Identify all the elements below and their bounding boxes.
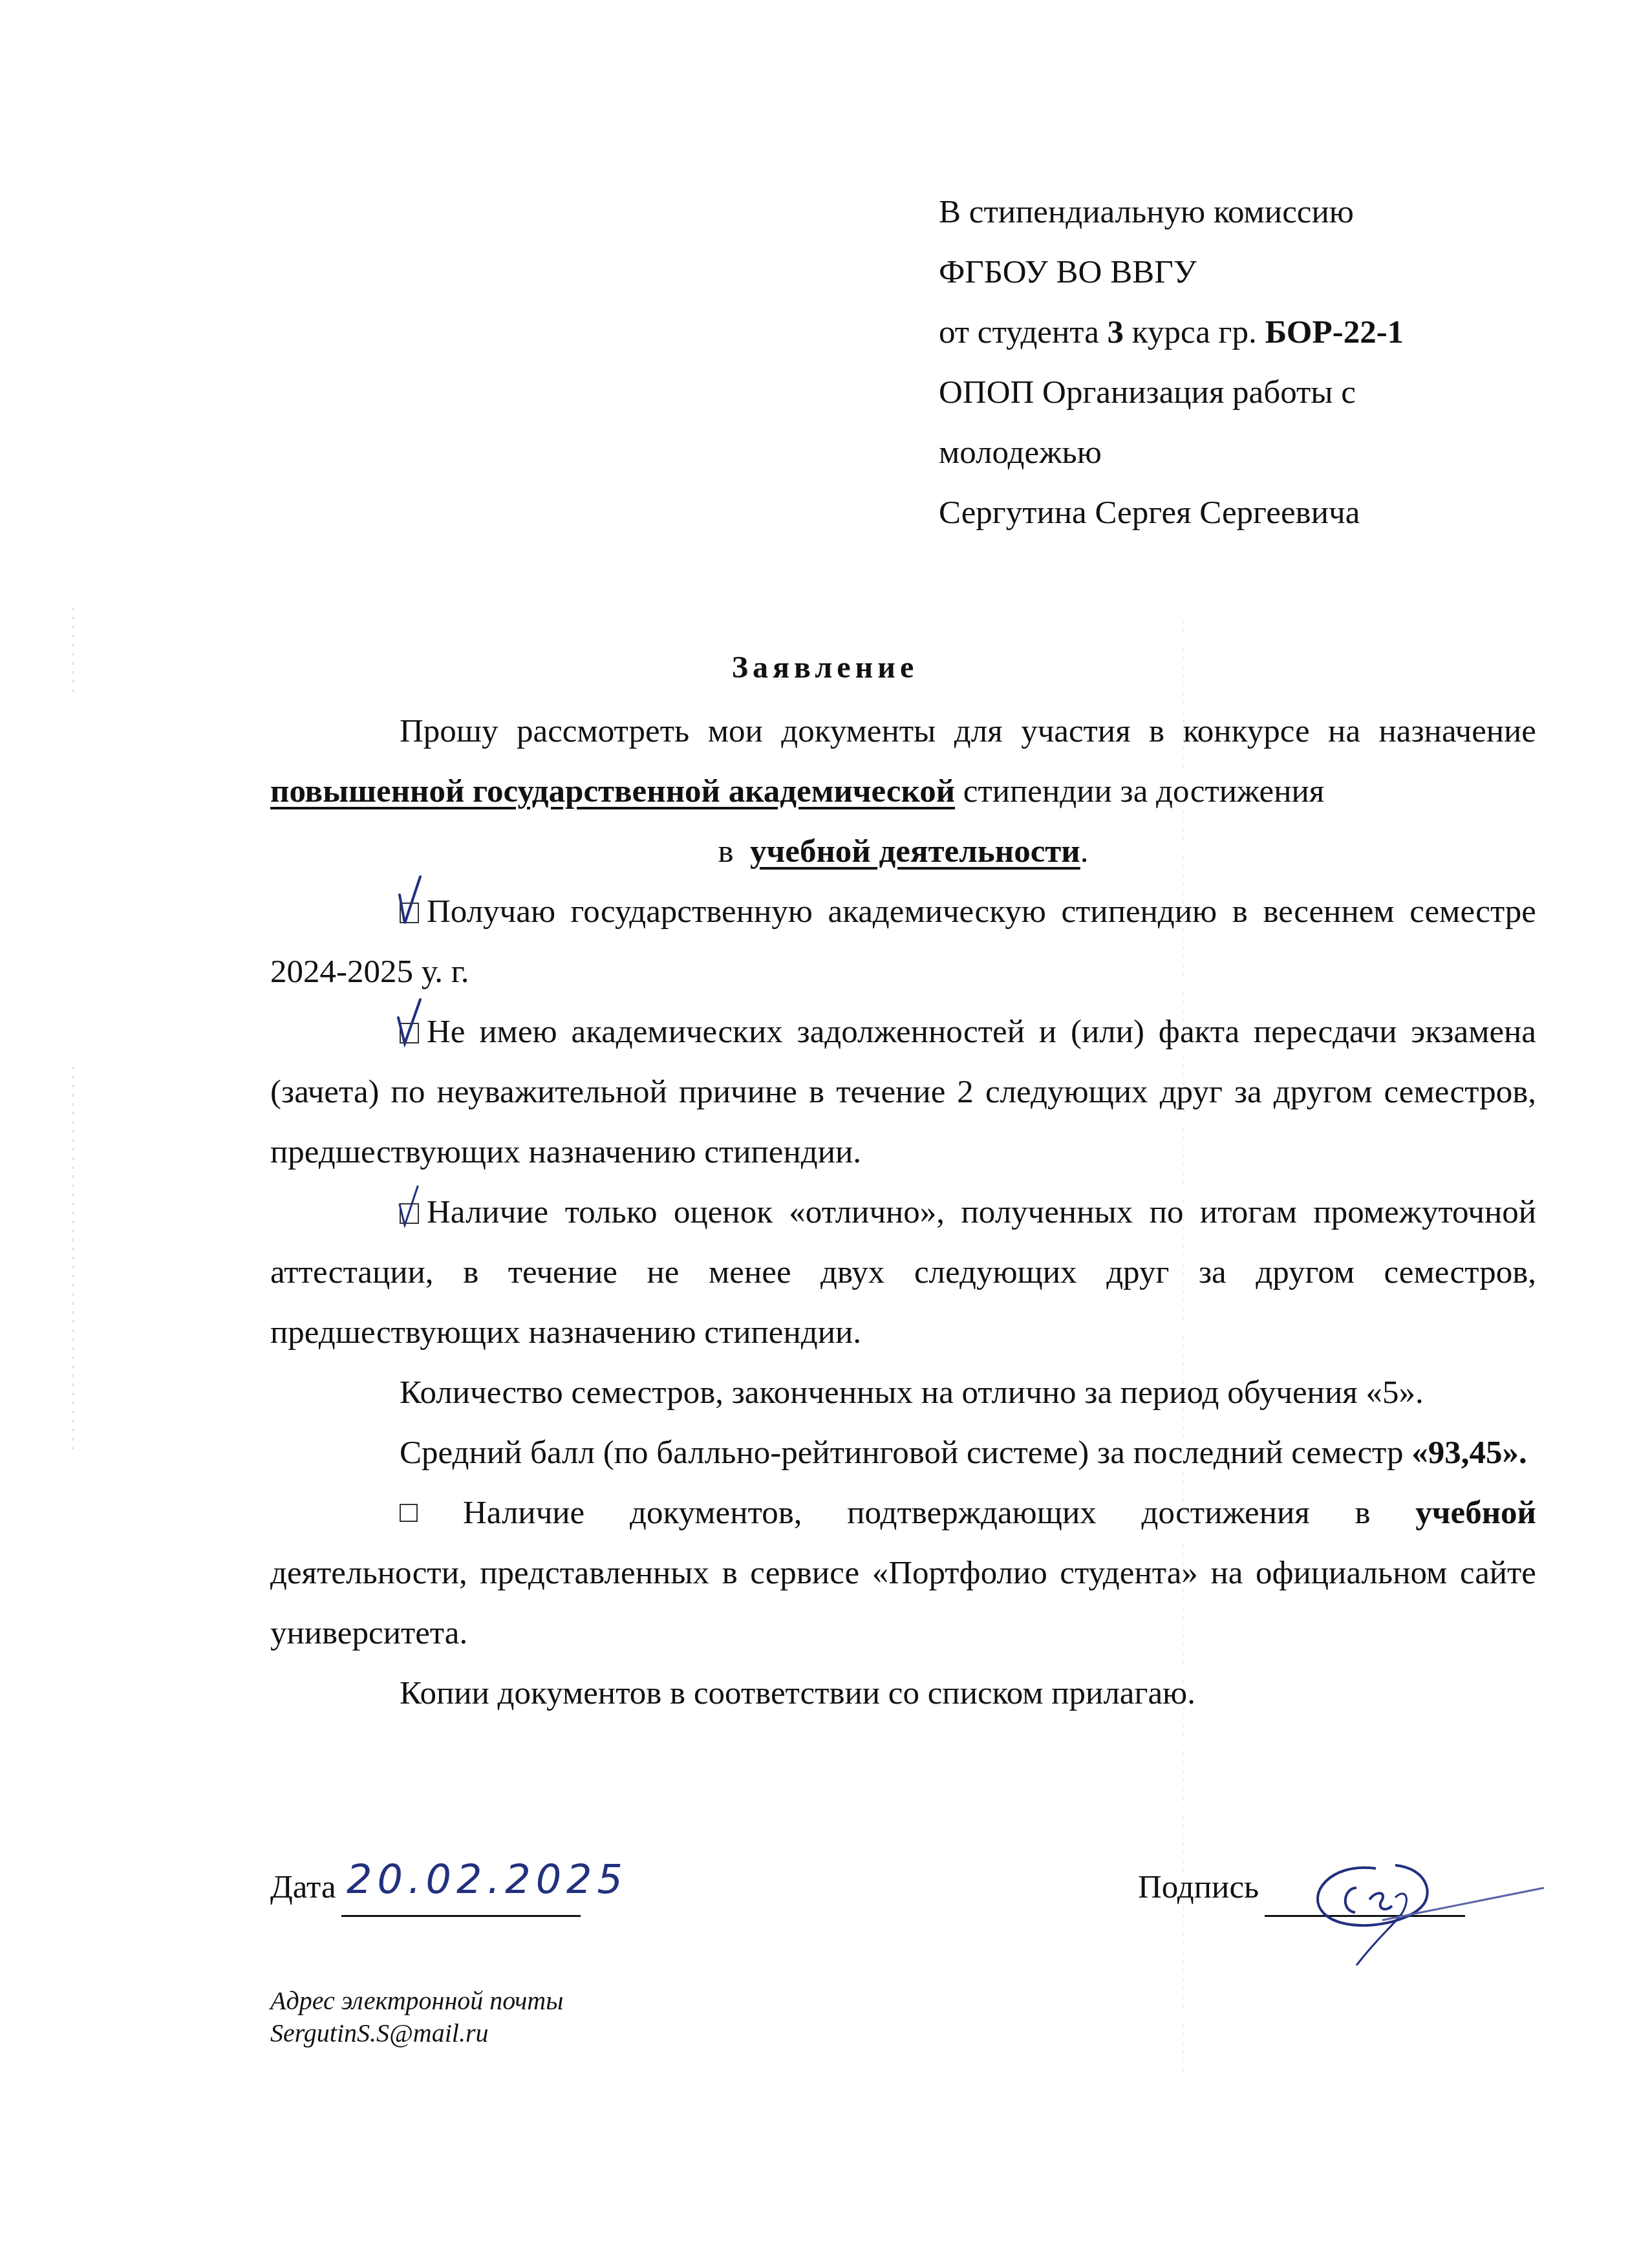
program-line: ОПОП Организация работы с [939, 363, 1585, 423]
scholarship-type: повышенной государственной академической [270, 773, 955, 809]
check-mark-icon [396, 996, 424, 1047]
checkbox-checked[interactable] [400, 903, 419, 923]
attachments-note: Копии документов в соответствии со списк… [270, 1664, 1536, 1724]
signature-label: Подпись [1138, 1868, 1259, 1906]
student-name: Сергутина Сергея Сергеевича [939, 483, 1585, 543]
group-code: БОР-22-1 [1265, 314, 1404, 350]
document-title: Заявление [0, 650, 1650, 685]
checkbox-unchecked[interactable] [400, 1504, 418, 1522]
criterion-item: Получаю государственную академическую ст… [270, 882, 1536, 1002]
addressee-line: В стипендиальную комиссию [939, 182, 1585, 242]
average-value: «93,45». [1411, 1435, 1527, 1471]
criterion-item: Не имею академических задолженностей и (… [270, 1002, 1536, 1182]
application-page: В стипендиальную комиссию ФГБОУ ВО ВВГУ … [0, 0, 1650, 2268]
handwritten-signature-icon [1279, 1836, 1550, 1965]
organization: ФГБОУ ВО ВВГУ [939, 242, 1585, 303]
date-label: Дата [270, 1868, 336, 1906]
student-course-group: от студента 3 курса гр. БОР-22-1 [939, 303, 1585, 363]
date-value: 20.02.2025 [347, 1856, 628, 1903]
program-line-cont: молодежью [939, 423, 1585, 483]
intro-paragraph: Прошу рассмотреть мои документы для учас… [270, 701, 1536, 822]
check-mark-icon [396, 1176, 424, 1228]
average-score: Средний балл (по балльно-рейтинговой сис… [270, 1423, 1536, 1483]
portfolio-item: Наличие документов, подтверждающих дости… [270, 1483, 1536, 1664]
course-number: 3 [1108, 314, 1124, 350]
date-field-line[interactable] [341, 1915, 581, 1917]
email-address: SergutinS.S@mail.ru [270, 2017, 563, 2049]
criterion-item: Наличие только оценок «отлично», получен… [270, 1182, 1536, 1363]
check-mark-icon [396, 875, 424, 927]
addressee-block: В стипендиальную комиссию ФГБОУ ВО ВВГУ … [939, 182, 1585, 543]
date-signature-row: Дата 20.02.2025 Подпись [270, 1856, 1536, 1933]
activity-type: учебной деятельности [750, 833, 1080, 870]
activity-line: в учебной деятельности. [270, 822, 1536, 882]
scan-artifact [72, 1067, 74, 1455]
email-label: Адрес электронной почты [270, 1985, 563, 2017]
semesters-count: Количество семестров, законченных на отл… [270, 1363, 1536, 1423]
checkbox-checked[interactable] [400, 1203, 419, 1224]
email-block: Адрес электронной почты SergutinS.S@mail… [270, 1985, 563, 2049]
application-body: Прошу рассмотреть мои документы для учас… [270, 701, 1536, 1724]
semesters-value: «5» [1366, 1375, 1415, 1411]
checkbox-checked[interactable] [400, 1023, 419, 1043]
